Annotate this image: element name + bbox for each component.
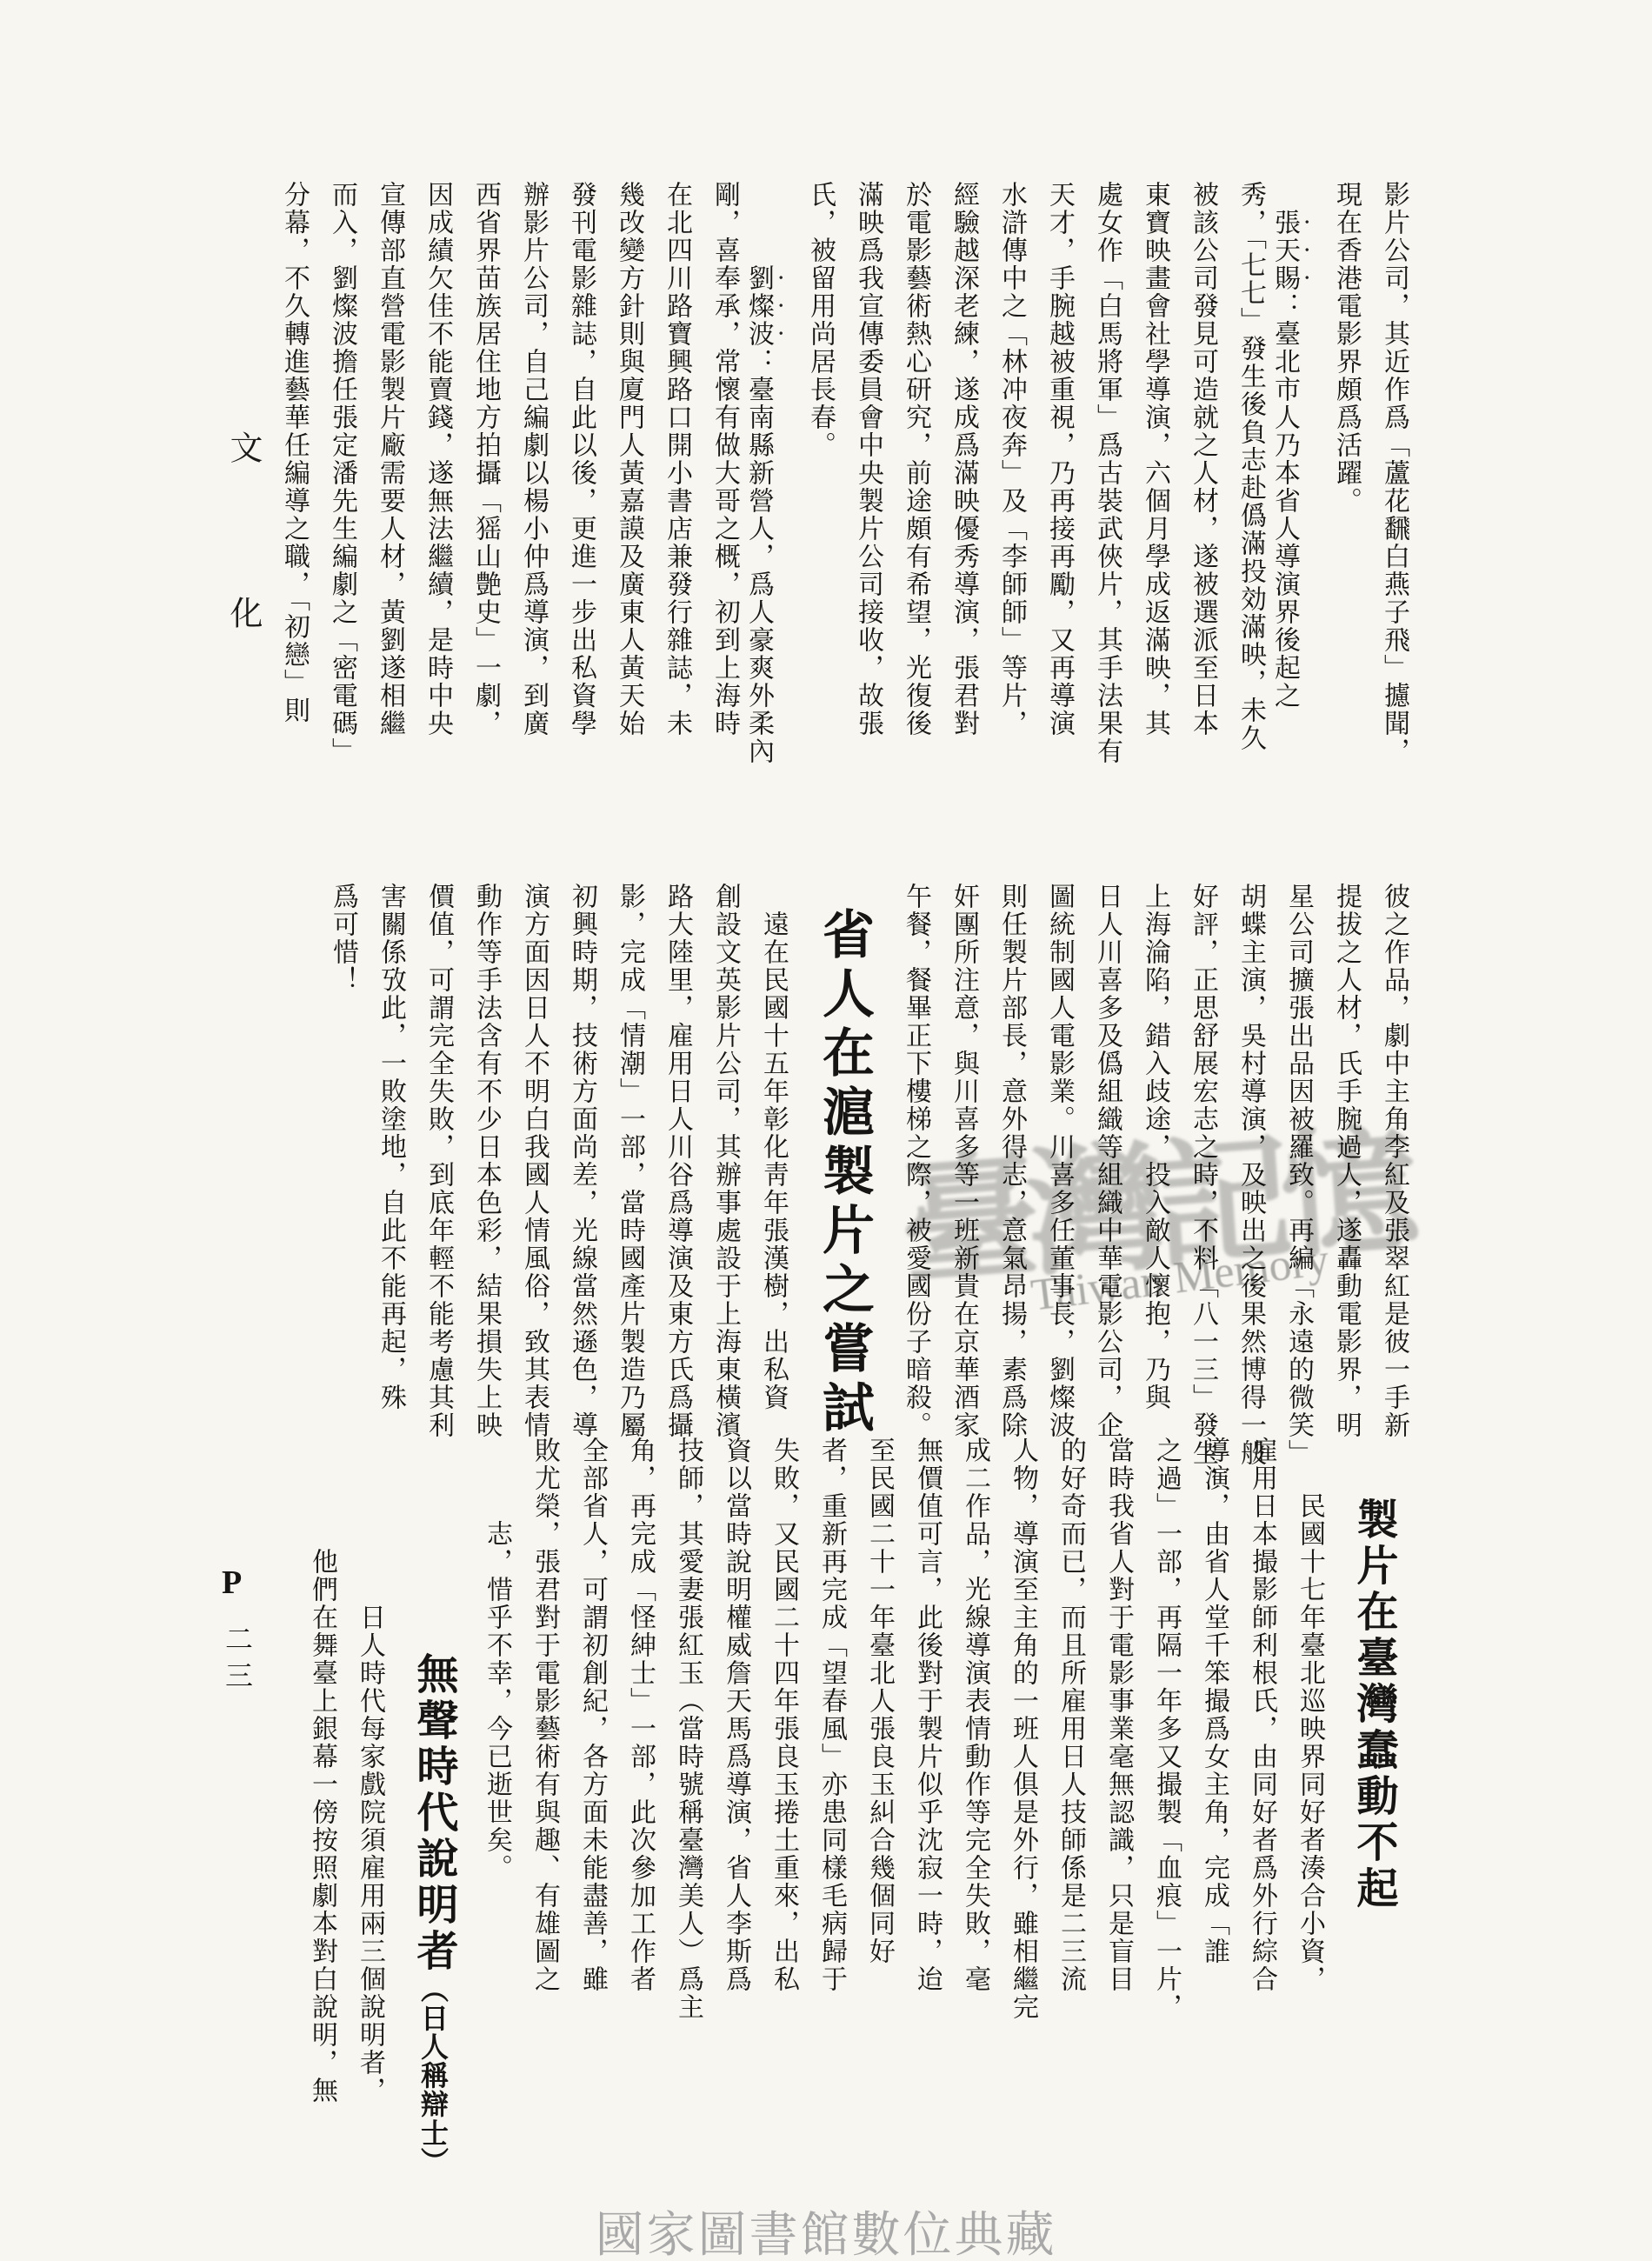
headline-main-text: 無聲時代說明者 xyxy=(410,1652,456,1975)
text-column: 處女作「白馬將軍」爲古裝武俠片，其手法果有 xyxy=(1092,181,1122,807)
text-column: 至民國二十一年臺北人張良玉糾合幾個同好 xyxy=(864,1437,894,2071)
text-column: 剛，喜奉承，常懷有做大哥之概，初到上海時 xyxy=(709,181,739,807)
text-column: 初興時期，技術方面尚差，光線當然遜色，導 xyxy=(567,883,596,1483)
text-column: 彼之作品，劇中主角李紅及張翠紅是彼一手新 xyxy=(1379,883,1409,1483)
text-column: 爲可惜！ xyxy=(328,883,357,1483)
text-column: 無價值可言，此後對于製片似乎沈寂一時，迨 xyxy=(912,1437,942,2071)
text-column: 發刊電影雜誌，自此以後，更進一步出私資學 xyxy=(566,181,596,807)
text-column: 民國十七年臺北巡映界同好者湊合小資， xyxy=(1295,1437,1324,2071)
text-column: 則任製片部長，意外得志，意氣昂揚，素爲除 xyxy=(996,883,1026,1483)
text-column: 當時我省人對于電影事業毫無認識，只是盲目 xyxy=(1103,1437,1133,2071)
emphasized-person-name: 張天賜 xyxy=(1270,209,1299,292)
text-column: 影片公司，其近作爲「蘆花飜白燕子飛」攄聞， xyxy=(1379,181,1409,807)
text-column: 劉燦波：臺南縣新營人，爲人豪爽外柔內 xyxy=(757,181,787,807)
text-column: 秀，「七七」發生後負志赴僞滿投効滿映，未久 xyxy=(1236,181,1265,807)
text-column: 資以當時說明權威詹天馬爲導演，省人李斯爲 xyxy=(721,1437,750,2071)
text-band-top: 影片公司，其近作爲「蘆花飜白燕子飛」攄聞，現在香港電影界頗爲活躍。張天賜：臺北市… xyxy=(261,181,1409,807)
text-column: 演方面因日人不明白我國人情風俗，致其表情 xyxy=(519,883,549,1483)
text-column: 創設文英影片公司，其辦事處設于上海東橫濱 xyxy=(710,883,740,1483)
text-column: 辦影片公司，自己編劇以楊小仲爲導演，到廣 xyxy=(518,181,548,807)
text-column: 水滸傳中之「林冲夜奔」及「李師師」等片， xyxy=(996,181,1026,807)
text-column: 影，完成「情潮」一部，當時國產片製造乃屬 xyxy=(615,883,644,1483)
text-column: 全部省人，可謂初創紀，各方面未能盡善，雖 xyxy=(577,1437,607,2071)
text-column: 於電影藝術熱心研究，前途頗有希望，光復後 xyxy=(901,181,930,807)
text-column: 動作等手法含有不少日本色彩，結果損失上映 xyxy=(471,883,501,1483)
text-column: 張天賜：臺北市人乃本省人導演界後起之 xyxy=(1283,181,1313,807)
text-column: 奸團所注意，與川喜多等一班新貴在京華酒家 xyxy=(949,883,978,1483)
text-column: 害關係攷此，一敗塗地，自此不能再起，殊 xyxy=(376,883,405,1483)
text-column: 價值，可謂完全失敗，到底年輕不能考慮其利 xyxy=(423,883,453,1483)
text-column: 的好奇而已，而且所雇用日人技師係是二三流 xyxy=(1056,1437,1085,2071)
text-column: 日人川喜多及僞組織等組織中華電影公司，企 xyxy=(1092,883,1122,1483)
text-column: 胡蝶主演，吳村導演，及映出之後果然博得一般 xyxy=(1236,883,1265,1483)
text-column: 失敗，又民國二十四年張良玉捲土重來，出私 xyxy=(769,1437,798,2071)
text-column: 敗尤榮，張君對于電影藝術有與趣、有雄圖之 xyxy=(530,1437,559,2071)
text-column: 現在香港電影界頗爲活躍。 xyxy=(1331,181,1361,807)
emphasized-person-name: 劉燦波 xyxy=(744,264,773,348)
text-column: 之過」一部，再隔一年多又撮製「血痕」一片， xyxy=(1151,1437,1181,2071)
headline-shanghai-production: 省人在滬製片之嘗試 xyxy=(809,883,880,1483)
section-margin-label: 文化 xyxy=(219,430,267,761)
text-column: 經驗越深老練，遂成爲滿映優秀導演，張君對 xyxy=(949,181,978,807)
page-number-cjk: 二三 xyxy=(217,1624,257,1697)
page-number-latin: P xyxy=(222,1564,242,1602)
text-column: 者，重新再完成「望春風」亦患同樣毛病歸于 xyxy=(816,1437,846,2071)
headline-taiwan-production: 製片在臺灣蠢動不起 xyxy=(1343,1437,1402,2071)
text-column: 西省界苗族居住地方拍攝「猺山艶史」一劇， xyxy=(470,181,500,807)
text-band-bottom: 製片在臺灣蠢動不起 民國十七年臺北巡映界同好者湊合小資，雇用日本撮影師利根氏，由… xyxy=(289,1437,1422,2071)
text-column: 日人時代每家戲院須雇用兩三個說明者， xyxy=(355,1437,384,2071)
text-column: 路大陸里，雇用日人川谷爲導演及東方氏爲攝 xyxy=(663,883,692,1483)
text-column: 技師，其愛妻張紅玉（當時號稱臺灣美人）爲主 xyxy=(673,1437,703,2071)
text-column: 他們在舞臺上銀幕一傍按照劇本對白說明，無 xyxy=(307,1437,336,2071)
text-column: 好評，正思舒展宏志之時，不料「八一三」發生， xyxy=(1188,883,1217,1483)
text-column: 人物，導演至主角的一班人俱是外行，雖相繼完 xyxy=(1008,1437,1037,2071)
text-column: 幾改變方針則與廈門人黃嘉謨及廣東人黃天始 xyxy=(614,181,643,807)
text-column: 午餐，餐畢正下樓梯之際，被愛國份子暗殺。 xyxy=(901,883,930,1483)
text-column: 宣傳部直營電影製片廠需要人材，黃劉遂相繼 xyxy=(375,181,404,807)
digital-archive-caption: 國家圖書館數位典藏 xyxy=(0,2197,1652,2261)
text-band-middle: 彼之作品，劇中主角李紅及張翠紅是彼一手新提拔之人材，氏手腕過人，遂轟動電影界，明… xyxy=(310,883,1409,1483)
text-column: 星公司擴張出品因被羅致。再編「永遠的微笑」 xyxy=(1283,883,1313,1483)
text-column: 在北四川路寶興路口開小書店兼發行雜誌，未 xyxy=(662,181,691,807)
headline-sub-text: （日人稱辯士） xyxy=(417,1975,449,2176)
text-column: 天才，手腕越被重視，乃再接再勵，又再導演 xyxy=(1044,181,1074,807)
text-column: 氏，被留用尚居長春。 xyxy=(805,181,835,807)
text-column: 遠在民國十五年彰化靑年張漢樹，出私資 xyxy=(758,883,788,1483)
text-column: 圖統制國人電影業。川喜多任董事長，劉燦波 xyxy=(1044,883,1074,1483)
text-column: 滿映爲我宣傳委員會中央製片公司接收，故張 xyxy=(853,181,883,807)
text-column: 分幕，不久轉進藝華任編導之職，「初戀」則 xyxy=(279,181,309,807)
text-column: 東寶映畫會社學導演，六個月學成返滿映，其 xyxy=(1140,181,1169,807)
text-column: 被該公司發見可造就之人材，遂被選派至日本 xyxy=(1188,181,1217,807)
headline-silent-era-narrators: 無聲時代說明者（日人稱辯士） xyxy=(403,1437,463,2071)
text-column: 志，惜乎不幸，今已逝世矣。 xyxy=(482,1437,511,2071)
text-column: 因成績欠佳不能賣錢，遂無法繼續，是時中央 xyxy=(423,181,452,807)
text-column: 導演，由省人堂千笨撮爲女主角，完成「誰 xyxy=(1199,1437,1229,2071)
text-column: 角，再完成「怪紳士」一部，此次參加工作者 xyxy=(625,1437,655,2071)
text-column: 提拔之人材，氏手腕過人，遂轟動電影界，明 xyxy=(1331,883,1361,1483)
text-column: 成二作品，光線導演表情動作等完全失敗，毫 xyxy=(960,1437,989,2071)
text-column: 雇用日本撮影師利根氏，由同好者爲外行綜合 xyxy=(1247,1437,1276,2071)
text-column: 上海淪陷，錯入歧途，投入敵人懷抱，乃與 xyxy=(1140,883,1169,1483)
text-column: 而入，劉燦波擔任張定潘先生編劇之「密電碼」 xyxy=(327,181,356,807)
scanned-document-page: 文化 影片公司，其近作爲「蘆花飜白燕子飛」攄聞，現在香港電影界頗爲活躍。張天賜：… xyxy=(0,0,1652,2261)
